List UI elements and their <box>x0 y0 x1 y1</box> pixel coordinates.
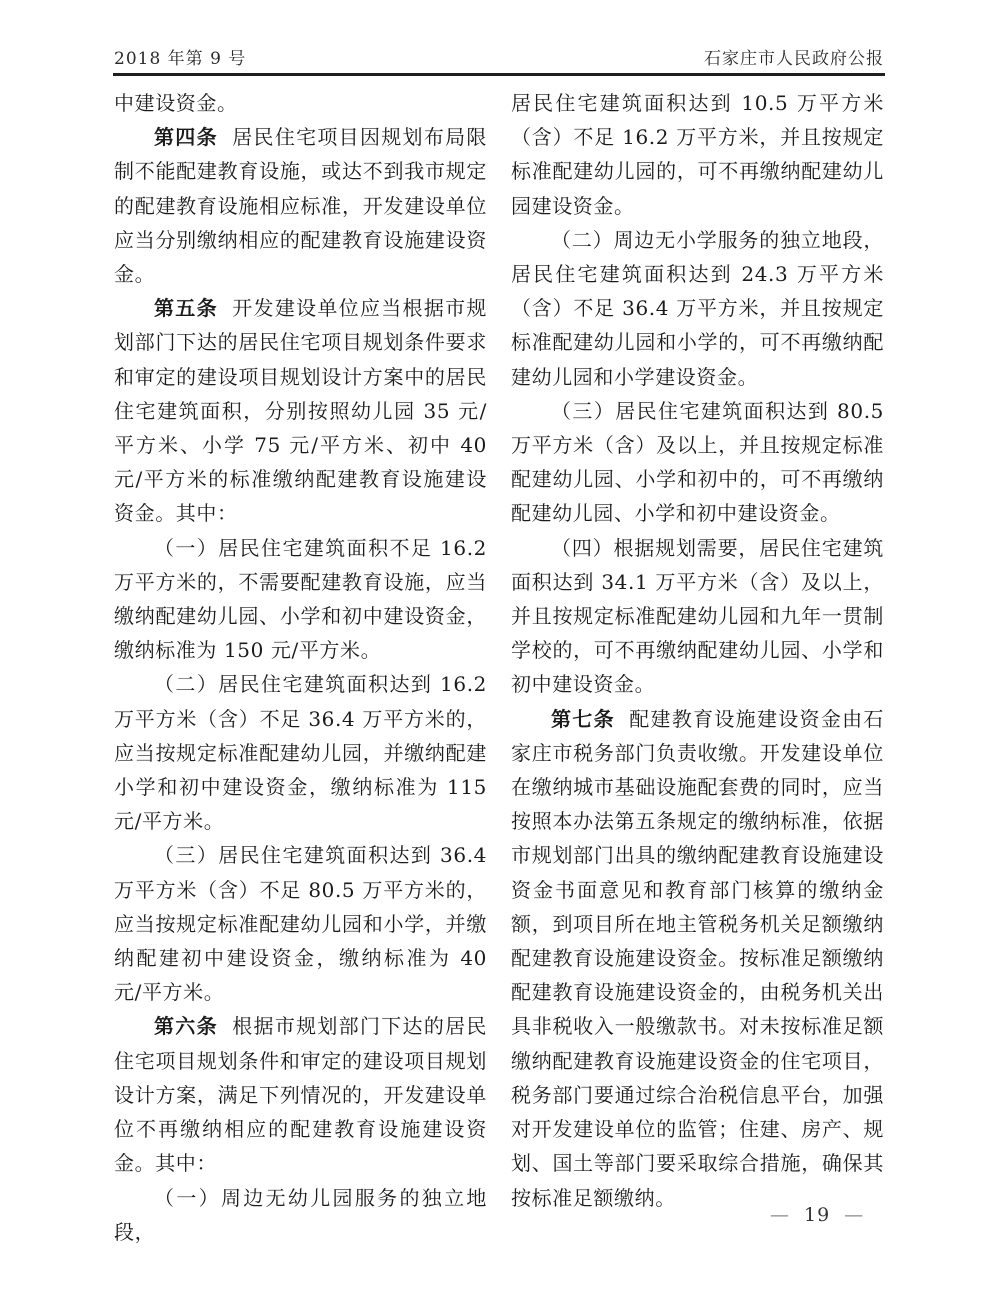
issue-number: 2018 年第 9 号 <box>114 44 246 69</box>
clause-paragraph: （三）居民住宅建筑面积达到 80.5 万平方米（含）及以上，并且按规定标准配建幼… <box>511 394 884 531</box>
page-number-dash-left: — <box>770 1204 790 1226</box>
left-column: 中建设资金。 第四条居民住宅项目因规划布局限制不能配建教育设施，或达不到我市规定… <box>114 86 487 1249</box>
paragraph-text: （二）周边无小学服务的独立地段，居民住宅建筑面积达到 24.3 万平方米（含）不… <box>511 228 884 389</box>
paragraph-text: 根据市规划部门下达的居民住宅项目规划条件和审定的建设项目规划设计方案，满足下列情… <box>114 1014 487 1175</box>
article-number-label: 第四条 <box>154 125 218 149</box>
article-paragraph: 第六条根据市规划部门下达的居民住宅项目规划条件和审定的建设项目规划设计方案，满足… <box>114 1009 487 1180</box>
clause-paragraph: （一）居民住宅建筑面积不足 16.2 万平方米的，不需要配建教育设施，应当缴纳配… <box>114 531 487 668</box>
paragraph-text: （一）周边无幼儿园服务的独立地段， <box>114 1186 487 1244</box>
article-paragraph: 第七条配建教育设施建设资金由石家庄市税务部门负责收缴。开发建设单位在缴纳城市基础… <box>511 702 884 1215</box>
right-column: 居民住宅建筑面积达到 10.5 万平方米（含）不足 16.2 万平方米，并且按规… <box>511 86 884 1249</box>
page-number-value: 19 <box>804 1204 830 1226</box>
page-number: —19— <box>770 1204 864 1226</box>
header-rule <box>113 73 885 76</box>
clause-paragraph: （三）居民住宅建筑面积达到 36.4 万平方米（含）不足 80.5 万平方米的，… <box>114 838 487 1009</box>
paragraph-text: （三）居民住宅建筑面积达到 80.5 万平方米（含）及以上，并且按规定标准配建幼… <box>511 399 884 526</box>
article-paragraph: 第五条开发建设单位应当根据市规划部门下达的居民住宅项目规划条件要求和审定的建设项… <box>114 291 487 530</box>
document-body: 中建设资金。 第四条居民住宅项目因规划布局限制不能配建教育设施，或达不到我市规定… <box>114 86 884 1249</box>
gazette-title: 石家庄市人民政府公报 <box>704 44 884 69</box>
article-paragraph: 第四条居民住宅项目因规划布局限制不能配建教育设施，或达不到我市规定的配建教育设施… <box>114 120 487 291</box>
paragraph-text: 居民住宅建筑面积达到 10.5 万平方米（含）不足 16.2 万平方米，并且按规… <box>511 91 884 218</box>
body-paragraph: 居民住宅建筑面积达到 10.5 万平方米（含）不足 16.2 万平方米，并且按规… <box>511 86 884 223</box>
paragraph-text: （四）根据规划需要，居民住宅建筑面积达到 34.1 万平方米（含）及以上，并且按… <box>511 536 884 697</box>
clause-paragraph: （一）周边无幼儿园服务的独立地段， <box>114 1181 487 1249</box>
paragraph-text: 配建教育设施建设资金由石家庄市税务部门负责收缴。开发建设单位在缴纳城市基础设施配… <box>511 707 884 1210</box>
clause-paragraph: （四）根据规划需要，居民住宅建筑面积达到 34.1 万平方米（含）及以上，并且按… <box>511 531 884 702</box>
page-number-dash-right: — <box>844 1204 864 1226</box>
paragraph-text: 居民住宅项目因规划布局限制不能配建教育设施，或达不到我市规定的配建教育设施相应标… <box>114 125 487 286</box>
clause-paragraph: （二）居民住宅建筑面积达到 16.2 万平方米（含）不足 36.4 万平方米的，… <box>114 667 487 838</box>
paragraph-text: 中建设资金。 <box>114 91 238 115</box>
paragraph-text: （二）居民住宅建筑面积达到 16.2 万平方米（含）不足 36.4 万平方米的，… <box>114 672 487 833</box>
body-paragraph: 中建设资金。 <box>114 86 487 120</box>
page-header: 2018 年第 9 号 石家庄市人民政府公报 <box>114 44 884 69</box>
paragraph-text: 开发建设单位应当根据市规划部门下达的居民住宅项目规划条件要求和审定的建设项目规划… <box>114 296 487 525</box>
article-number-label: 第七条 <box>551 707 615 731</box>
clause-paragraph: （二）周边无小学服务的独立地段，居民住宅建筑面积达到 24.3 万平方米（含）不… <box>511 223 884 394</box>
paragraph-text: （三）居民住宅建筑面积达到 36.4 万平方米（含）不足 80.5 万平方米的，… <box>114 843 487 1004</box>
paragraph-text: （一）居民住宅建筑面积不足 16.2 万平方米的，不需要配建教育设施，应当缴纳配… <box>114 536 487 663</box>
article-number-label: 第六条 <box>154 1014 218 1038</box>
gazette-page: 2018 年第 9 号 石家庄市人民政府公报 中建设资金。 第四条居民住宅项目因… <box>0 0 1000 1294</box>
article-number-label: 第五条 <box>154 296 218 320</box>
